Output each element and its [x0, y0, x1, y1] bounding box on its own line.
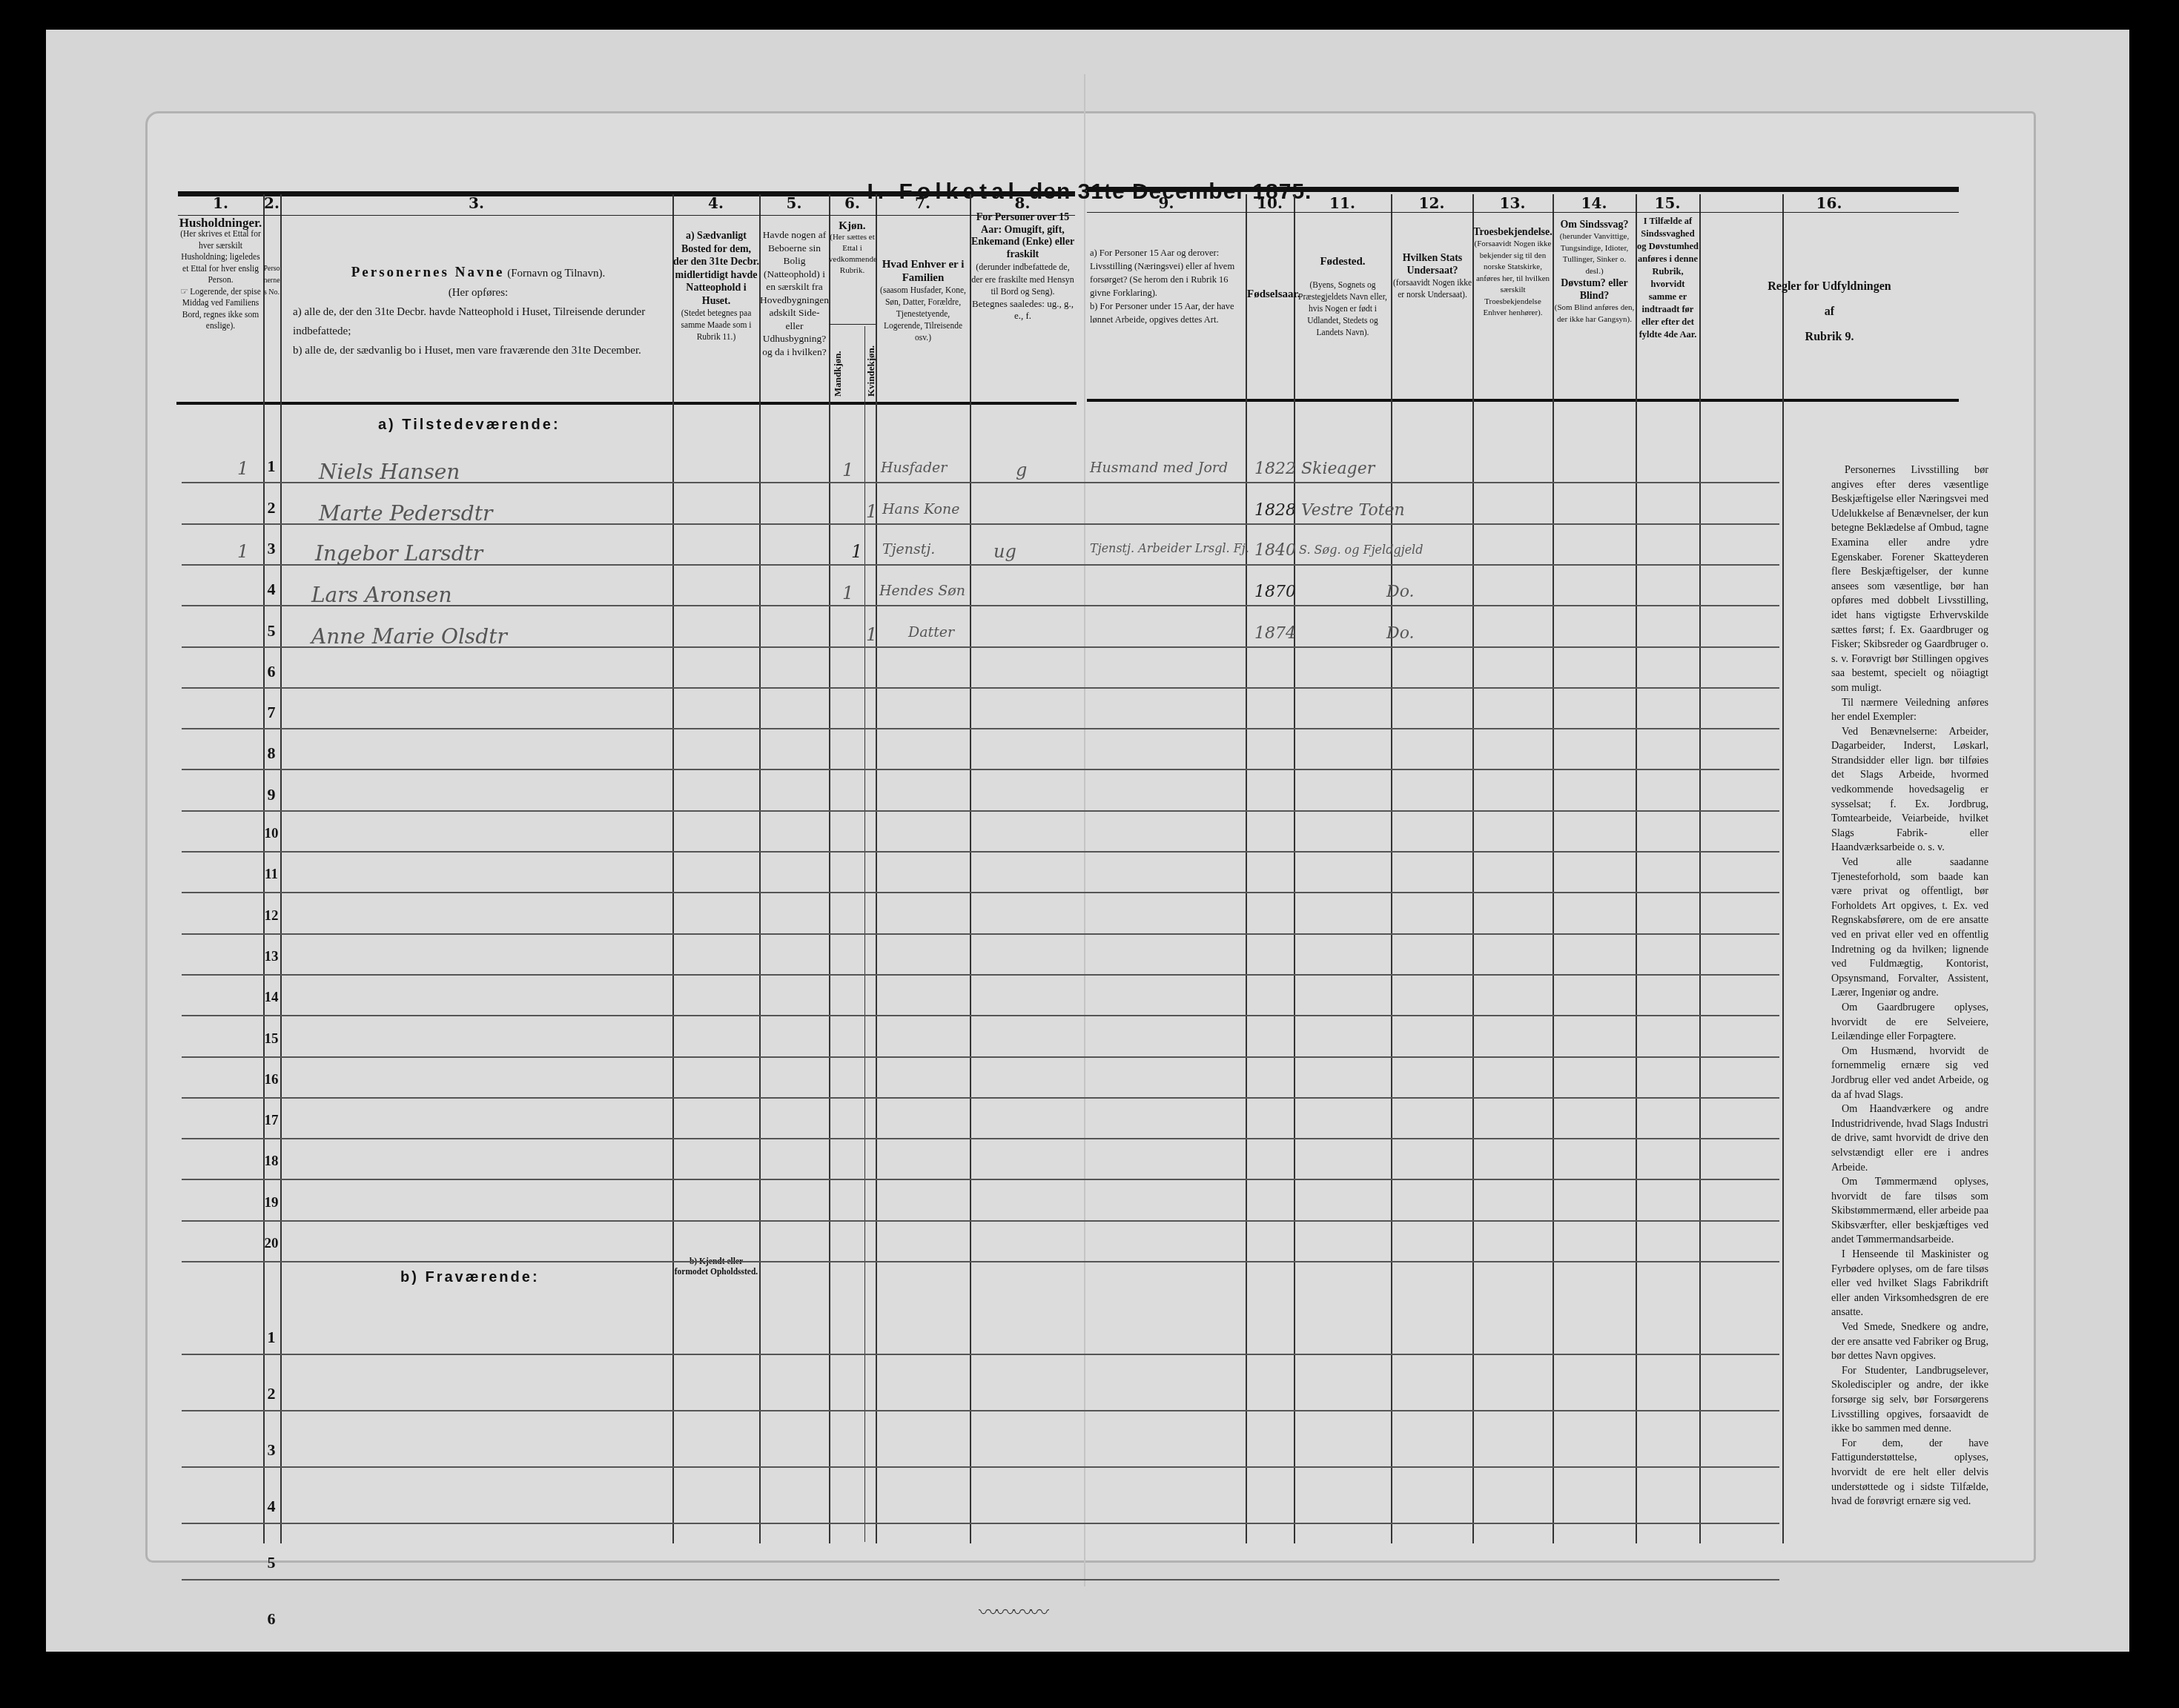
- row-number: 19: [257, 1195, 286, 1211]
- birthplace[interactable]: Do.: [1386, 624, 1415, 643]
- col-header-9: a) For Personer 15 Aar og derover: Livss…: [1090, 246, 1244, 326]
- rule-paragraph: Ved Benævnelserne: Arbeider, Dagarbeider…: [1831, 725, 1988, 855]
- col-header-13: Troesbekjendelse. (Forsaavidt Nogen ikke…: [1473, 226, 1553, 320]
- rubrik-9-rules-text: Personernes Livsstilling bør angives eft…: [1831, 463, 1988, 1509]
- rule-paragraph: Om Husmænd, hvorvidt de fornemmelig ernæ…: [1831, 1045, 1988, 1102]
- col-header-16-end: Rubrik 9.: [1700, 325, 1959, 350]
- col-header-11-title: Fødested.: [1294, 256, 1391, 268]
- row-rule: [182, 933, 1779, 935]
- col-header-13-title: Troesbekjendelse.: [1473, 226, 1553, 239]
- col-number-6: 6.: [829, 194, 876, 212]
- row-rule: [182, 1261, 1779, 1262]
- row-rule: [182, 810, 1779, 812]
- col-header-11-note: (Byens, Sognets og Præstegjeldets Navn e…: [1294, 279, 1391, 339]
- rule-paragraph: Om Gaardbrugere oplyses, hvorvidt de ere…: [1831, 1001, 1988, 1045]
- col-header-1-note2: ☞ Logerende, der spise Middag ved Famili…: [178, 287, 263, 333]
- row-number: 11: [257, 867, 286, 883]
- rule-paragraph: Ved alle saadanne Tjenesteforhold, som b…: [1831, 855, 1988, 1001]
- col-divider-14: [1636, 194, 1637, 1543]
- col-header-5: Havde nogen af Beboerne sin Bolig (Natte…: [760, 228, 829, 358]
- col-number-10: 10.: [1246, 194, 1294, 212]
- col-header-11: Fødested. (Byens, Sognets og Præstegjeld…: [1294, 256, 1391, 339]
- row-rule: [182, 1056, 1779, 1058]
- col-header-14-note2: (Som Blind anføres den, der ikke har Gan…: [1553, 302, 1636, 325]
- col-header-10: Fødselsaar.: [1247, 282, 1293, 307]
- row-number: 4: [257, 580, 286, 599]
- col-divider-11: [1391, 194, 1392, 1543]
- household-mark: 1: [237, 541, 248, 562]
- col-header-6: Kjøn. (Her sættes et Ettal i vedkommende…: [829, 221, 876, 277]
- absent-row-rule: [182, 1354, 1779, 1355]
- col-header-16: Regler for Udfyldningen af Rubrik 9.: [1700, 274, 1959, 350]
- rule-paragraph: Om Haandværkere og andre Industridrivend…: [1831, 1102, 1988, 1175]
- col-divider-6: [876, 194, 877, 1543]
- birth-year[interactable]: 1874: [1254, 624, 1296, 643]
- col-divider-13: [1553, 194, 1554, 1543]
- birth-year[interactable]: 1828: [1254, 501, 1296, 520]
- header-bottom-rule-right: [1087, 399, 1959, 402]
- family-role[interactable]: Tjenstj.: [882, 541, 935, 557]
- row-number: 1: [257, 457, 286, 476]
- col-header-3-note: (Her opføres:: [293, 283, 664, 302]
- row-rule: [182, 1015, 1779, 1016]
- absent-row-number: 4: [257, 1497, 286, 1516]
- col-6-split-rule: [829, 324, 876, 325]
- row-rule: [182, 1138, 1779, 1139]
- row-rule: [182, 482, 1779, 483]
- row-number: 3: [257, 539, 286, 558]
- row-number: 15: [257, 1031, 286, 1047]
- col-header-14-title: Om Sindssvag?: [1553, 219, 1636, 231]
- birth-year[interactable]: 1840: [1254, 541, 1296, 560]
- row-rule: [182, 974, 1779, 976]
- rule-paragraph: Om Tømmermænd oplyses, hvorvidt de fare …: [1831, 1175, 1988, 1248]
- person-name[interactable]: Marte Pedersdtr: [319, 501, 492, 526]
- col-header-8-title: For Personer over 15 Aar: Omugift, gift,…: [971, 212, 1075, 261]
- rule-paragraph: Personernes Livsstilling bør angives eft…: [1831, 463, 1988, 696]
- col-header-3: Personernes Navne (Fornavn og Tilnavn). …: [293, 263, 664, 360]
- family-role[interactable]: Hans Kone: [882, 501, 960, 517]
- header-bottom-rule-left: [176, 402, 1077, 405]
- row-rule: [182, 605, 1779, 606]
- col-header-9-b: b) For Personer under 15 Aar, der have l…: [1090, 299, 1244, 326]
- sex-male-mark: 1: [842, 460, 853, 480]
- row-rule: [182, 646, 1779, 648]
- row-rule: [182, 687, 1779, 689]
- col-number-14: 14.: [1553, 194, 1636, 212]
- col-number-15: 15.: [1636, 194, 1699, 212]
- col-header-8: For Personer over 15 Aar: Omugift, gift,…: [971, 212, 1075, 322]
- absent-row-rule: [182, 1410, 1779, 1411]
- page-fold: [1084, 74, 1085, 1586]
- person-name[interactable]: Anne Marie Olsdtr: [311, 624, 507, 649]
- col-divider-12: [1472, 194, 1474, 1543]
- col-number-7: 7.: [876, 194, 970, 212]
- col-header-13-note: (Forsaavidt Nogen ikke bekjender sig til…: [1473, 239, 1553, 320]
- col-number-12: 12.: [1391, 194, 1472, 212]
- section-absent-label: b) Fraværende:: [400, 1269, 540, 1286]
- col-header-3-b: b) alle de, der sædvanlig bo i Huset, me…: [293, 341, 664, 360]
- col-header-8-note2: Betegnes saaledes: ug., g., e., f.: [971, 298, 1075, 322]
- row-number: 20: [257, 1236, 286, 1252]
- col-header-1: Husholdninger. (Her skrives et Ettal for…: [178, 216, 263, 333]
- birthplace[interactable]: Do.: [1386, 583, 1415, 601]
- col-header-12: Hvilken Stats Undersaat? (forsaavidt Nog…: [1392, 252, 1472, 301]
- col-header-7: Hvad Enhver er i Familien (saasom Husfad…: [876, 258, 970, 344]
- occupation[interactable]: Tjenstj. Arbeider Lrsgl. Fj.: [1090, 541, 1249, 555]
- birth-year[interactable]: 1870: [1254, 583, 1296, 601]
- sex-female-mark: 1: [866, 501, 877, 522]
- absent-row-number: 2: [257, 1384, 286, 1403]
- rule-paragraph: Ved Smede, Snedkere og andre, der ere an…: [1831, 1320, 1988, 1364]
- col-divider-15: [1699, 194, 1701, 1543]
- col-number-9: 9.: [1087, 194, 1246, 212]
- col-header-4-note: (Stedet betegnes paa samme Maade som i R…: [673, 308, 759, 343]
- section-present-label: a) Tilstedeværende:: [378, 417, 561, 434]
- birthplace[interactable]: Skieager: [1301, 460, 1375, 478]
- row-rule: [182, 523, 1779, 525]
- col-number-3: 3.: [280, 194, 672, 212]
- family-role[interactable]: Datter: [908, 624, 954, 640]
- row-number: 8: [257, 744, 286, 763]
- marital-status[interactable]: g: [1016, 460, 1027, 480]
- row-rule: [182, 769, 1779, 770]
- col-header-12-title: Hvilken Stats Undersaat?: [1392, 252, 1472, 277]
- col-header-12-note: (forsaavidt Nogen ikke er norsk Undersaa…: [1392, 277, 1472, 301]
- col-header-6-female: Kvindekjøn.: [865, 334, 877, 397]
- row-rule: [182, 1179, 1779, 1180]
- col-header-9-a: a) For Personer 15 Aar og derover: Livss…: [1090, 246, 1244, 299]
- person-name[interactable]: Lars Aronsen: [311, 583, 452, 607]
- col-divider-4: [759, 194, 761, 1543]
- absent-row-rule: [182, 1466, 1779, 1468]
- absent-row-number: 6: [257, 1609, 286, 1629]
- col-header-7-title: Hvad Enhver er i Familien: [876, 258, 970, 285]
- col-header-4-title: a) Sædvanligt Bosted for dem, der den 31…: [673, 230, 759, 308]
- absent-row-rule: [182, 1523, 1779, 1524]
- col-divider-7: [970, 194, 971, 1543]
- col-header-2: Personernes No.: [263, 263, 280, 299]
- col-header-7-note: (saasom Husfader, Kone, Søn, Datter, For…: [876, 285, 970, 344]
- col-header-15: I Tilfælde af Sindssvaghed og Døvstumhed…: [1636, 215, 1699, 341]
- family-role[interactable]: Husfader: [881, 460, 947, 476]
- col-divider-9: [1246, 194, 1247, 1543]
- person-name[interactable]: Ingebor Larsdtr: [315, 541, 483, 566]
- col-divider-5: [829, 194, 830, 1543]
- col-header-6-male: Mandkjøn.: [832, 334, 844, 397]
- absent-row-number: 1: [257, 1328, 286, 1347]
- occupation[interactable]: Husmand med Jord: [1090, 460, 1228, 476]
- colnum-underline-right: [1087, 212, 1959, 213]
- sex-female-mark: 1: [851, 541, 862, 562]
- household-mark: 1: [237, 458, 248, 479]
- marital-status[interactable]: ug: [993, 541, 1016, 562]
- col-header-3-a: a) alle de, der den 31te Decbr. havde Na…: [293, 302, 664, 341]
- row-rule: [182, 1097, 1779, 1099]
- colnum-underline-left: [178, 215, 1075, 216]
- top-rule-right: [1087, 187, 1959, 192]
- col-header-8-note: (derunder indbefattede de, der ere frask…: [971, 261, 1075, 298]
- col-divider-3: [672, 194, 674, 1543]
- row-number: 5: [257, 621, 286, 640]
- col-header-1-title: Husholdninger.: [178, 216, 263, 229]
- absent-row-number: 3: [257, 1440, 286, 1460]
- row-number: 6: [257, 662, 286, 681]
- row-rule: [182, 1220, 1779, 1222]
- sex-male-mark: 1: [842, 583, 853, 603]
- footer-scribble: 〰〰〰〰: [979, 1598, 1047, 1625]
- col-header-6-note: (Her sættes et Ettal i vedkommende Rubri…: [829, 232, 876, 277]
- row-number: 7: [257, 703, 286, 722]
- rule-paragraph: For Studenter, Landbrugselever, Skoledis…: [1831, 1364, 1988, 1437]
- col-number-16: 16.: [1699, 194, 1959, 212]
- rule-paragraph: For dem, der have Fattigunderstøttelse, …: [1831, 1437, 1988, 1509]
- row-number: 14: [257, 990, 286, 1006]
- row-number: 2: [257, 498, 286, 517]
- col-number-11: 11.: [1294, 194, 1391, 212]
- col-number-2: 2.: [263, 194, 280, 212]
- col-header-3-title: Personernes Navne: [351, 265, 505, 280]
- col-divider-10: [1294, 194, 1295, 1543]
- col-4-absent-header: b) Kjendt eller formodet Opholdssted.: [673, 1257, 759, 1277]
- birth-year[interactable]: 1822: [1254, 460, 1296, 478]
- col-number-1: 1.: [178, 194, 263, 212]
- row-number: 13: [257, 949, 286, 965]
- col-header-14-title2: Døvstum? eller Blind?: [1553, 277, 1636, 302]
- row-number: 18: [257, 1153, 286, 1170]
- rule-paragraph: I Henseende til Maskinister og Fyrbødere…: [1831, 1248, 1988, 1320]
- row-number: 17: [257, 1113, 286, 1129]
- person-name[interactable]: Niels Hansen: [319, 460, 460, 484]
- absent-row-rule: [182, 1579, 1779, 1580]
- col-header-14: Om Sindssvag? (herunder Vanvittige, Tung…: [1553, 219, 1636, 325]
- row-number: 12: [257, 908, 286, 924]
- sex-female-mark: 1: [866, 624, 877, 645]
- col-header-3-sub: (Fornavn og Tilnavn).: [507, 268, 605, 279]
- rule-paragraph: Til nærmere Veiledning anføres her endel…: [1831, 696, 1988, 725]
- row-number: 16: [257, 1072, 286, 1088]
- col-header-4: a) Sædvanligt Bosted for dem, der den 31…: [673, 230, 759, 343]
- col-header-16-title: Regler for Udfyldningen: [1700, 274, 1959, 299]
- absent-row-number: 5: [257, 1553, 286, 1572]
- col-number-8: 8.: [970, 194, 1075, 212]
- col-header-6-title: Kjøn.: [829, 221, 876, 232]
- row-number: 9: [257, 785, 286, 804]
- row-rule: [182, 851, 1779, 853]
- row-number: 10: [257, 826, 286, 842]
- col-number-5: 5.: [759, 194, 829, 212]
- col-number-13: 13.: [1472, 194, 1553, 212]
- col-header-1-note: (Her skrives et Ettal for hver særskilt …: [178, 229, 263, 287]
- birthplace[interactable]: S. Søg. og Fjeldgjeld: [1299, 543, 1423, 557]
- birthplace[interactable]: Vestre Toten: [1301, 501, 1405, 520]
- col-divider-16: [1782, 194, 1784, 1543]
- col-number-4: 4.: [672, 194, 759, 212]
- row-rule: [182, 728, 1779, 729]
- row-rule: [182, 564, 1779, 566]
- row-rule: [182, 892, 1779, 893]
- col-header-16-mid: af: [1700, 299, 1959, 325]
- col-header-14-note: (herunder Vanvittige, Tungsindige, Idiot…: [1553, 231, 1636, 277]
- family-role[interactable]: Hendes Søn: [879, 583, 965, 599]
